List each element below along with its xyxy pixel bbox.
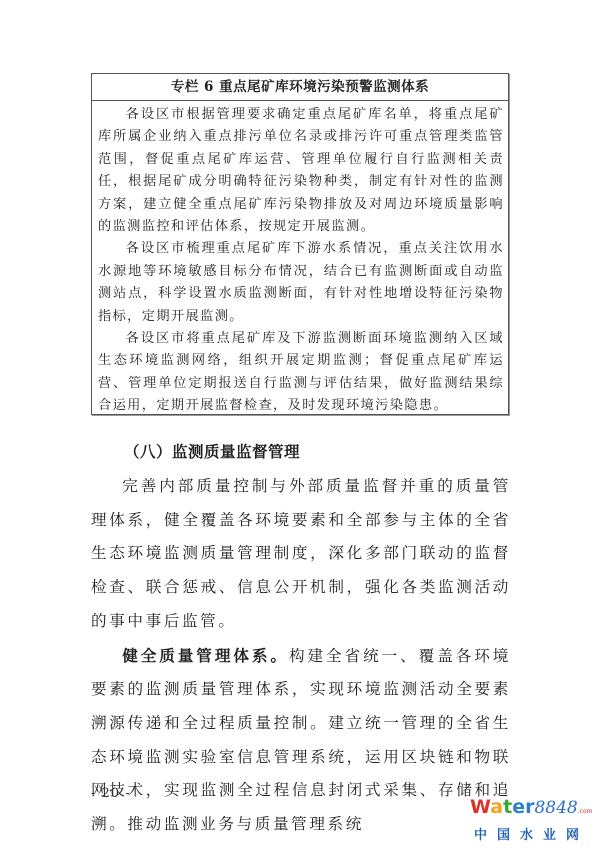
watermark-chinese-name: 中国水业网 (470, 824, 598, 843)
wordmark-domain: .com (578, 808, 593, 815)
sidebar-paragraph: 各设区市根据管理要求确定重点尾矿库名单，将重点尾矿库所属企业纳入重点排污单位名录… (98, 104, 504, 238)
site-watermark-logo: Water8848.com 中国水业网 (470, 797, 598, 843)
page-number: - 20 - (91, 786, 131, 801)
wordmark-letter: t (503, 796, 512, 818)
section-body: 完善内部质量控制与外部质量监督并重的质量管理体系，健全覆盖各环境要素和全部参与主… (91, 470, 511, 842)
watermark-wordmark: Water8848.com (470, 797, 598, 822)
sidebar-box-body: 各设区市根据管理要求确定重点尾矿库名单，将重点尾矿库所属企业纳入重点排污单位名录… (92, 101, 508, 418)
body-paragraph: 健全质量管理体系。构建全省统一、覆盖各环境要素的监测质量管理体系，实现环境监测活… (91, 639, 511, 842)
wordmark-number: 8848 (534, 798, 577, 818)
paragraph-lead: 健全质量管理体系。 (122, 646, 289, 665)
sidebar-paragraph: 各设区市将重点尾矿库及下游监测断面环境监测纳入区域生态环境监测网络，组织开展定期… (98, 328, 504, 418)
wordmark-letter: a (490, 796, 503, 818)
section-heading: （八）监测质量监督管理 (124, 440, 300, 462)
sidebar-box: 专栏 6 重点尾矿库环境污染预警监测体系 各设区市根据管理要求确定重点尾矿库名单… (91, 73, 509, 415)
wordmark-letter: W (470, 796, 490, 818)
sidebar-paragraph: 各设区市梳理重点尾矿库下游水系情况，重点关注饮用水水源地等环境敏感目标分布情况，… (98, 238, 504, 328)
paragraph-text: 构建全省统一、覆盖各环境要素的监测质量管理体系，实现环境监测活动全要素溯源传递和… (91, 647, 511, 834)
wordmark-letter: e (512, 796, 525, 818)
sidebar-box-title: 专栏 6 重点尾矿库环境污染预警监测体系 (92, 74, 508, 101)
body-paragraph: 完善内部质量控制与外部质量监督并重的质量管理体系，健全覆盖各环境要素和全部参与主… (91, 470, 511, 639)
